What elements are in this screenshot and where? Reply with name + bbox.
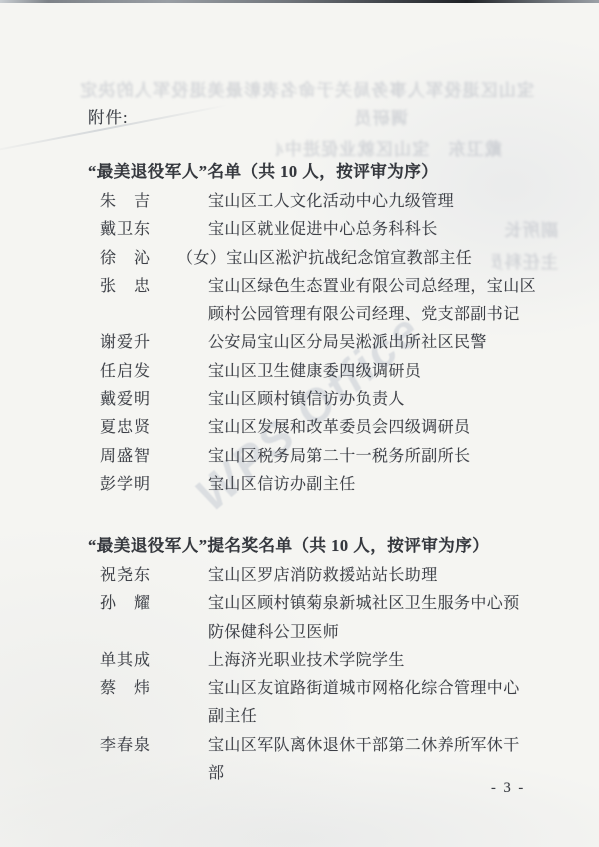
person-name: 任启发 [88,358,208,386]
list-entry: 祝尧东 宝山区罗店消防救援站站长助理 [88,562,558,590]
person-name: 蔡 炜 [88,675,208,703]
list-entry: 彭学明 宝山区信访办副主任 [88,471,558,499]
person-title: （女）宝山区淞沪抗战纪念馆宣教部主任 [208,245,558,273]
section-heading: “最美退役军人”提名奖名单（共 10 人，按评审为序） [88,534,558,558]
bleedthrough-text: 调研员 [336,104,408,129]
scanned-page: 宝山区退役军人事务局关于命名表彰最美退役军人的决定 调研员 戴卫东 宝山区就业促… [0,0,599,847]
person-name: 单其成 [88,647,208,675]
list-entry: 任启发 宝山区卫生健康委四级调研员 [88,358,558,386]
person-title: 宝山区工人文化活动中心九级管理 [208,188,558,216]
person-name: 张 忠 [88,273,208,301]
person-name: 戴爱明 [88,386,208,414]
person-name: 彭学明 [88,471,208,499]
person-title: 宝山区税务局第二十一税务所副所长 [208,443,558,471]
list-entry: 蔡 炜 宝山区友谊路街道城市网格化综合管理中心副主任 [88,675,558,732]
person-title: 宝山区卫生健康委四级调研员 [208,358,558,386]
list-entry: 单其成 上海济光职业技术学院学生 [88,647,558,675]
nomination-list-section: “最美退役军人”提名奖名单（共 10 人，按评审为序） 祝尧东 宝山区罗店消防救… [88,534,558,788]
scan-edge-artifact [0,0,599,3]
person-title: 上海济光职业技术学院学生 [208,647,558,675]
person-name: 周盛智 [88,443,208,471]
list-entry: 徐 沁 （女）宝山区淞沪抗战纪念馆宣教部主任 [88,245,558,273]
person-title: 宝山区友谊路街道城市网格化综合管理中心副主任 [208,675,558,732]
person-name: 李春泉 [88,732,208,760]
list-entry: 戴卫东 宝山区就业促进中心总务科科长 [88,216,558,244]
person-title: 宝山区顾村镇菊泉新城社区卫生服务中心预防保健科公卫医师 [208,590,558,647]
list-entry: 戴爱明 宝山区顾村镇信访办负责人 [88,386,558,414]
person-name: 朱 吉 [88,188,208,216]
list-entry: 夏忠贤 宝山区发展和改革委员会四级调研员 [88,414,558,442]
list-entry: 李春泉 宝山区军队离休退休干部第二休养所军休干部 [88,732,558,789]
person-name: 祝尧东 [88,562,208,590]
bleedthrough-text: 宝山区退役军人事务局关于命名表彰最美退役军人的决定 [70,76,534,101]
person-name: 夏忠贤 [88,414,208,442]
list-entry: 孙 耀 宝山区顾村镇菊泉新城社区卫生服务中心预防保健科公卫医师 [88,590,558,647]
entries-list: 祝尧东 宝山区罗店消防救援站站长助理 孙 耀 宝山区顾村镇菊泉新城社区卫生服务中… [88,562,558,788]
gender-note: （女） [177,245,226,273]
person-name: 谢爱升 [88,329,208,357]
person-title: 公安局宝山区分局吴淞派出所社区民警 [208,329,558,357]
list-entry: 谢爱升 公安局宝山区分局吴淞派出所社区民警 [88,329,558,357]
person-title: 宝山区就业促进中心总务科科长 [208,216,558,244]
list-entry: 张 忠 宝山区绿色生态置业有限公司总经理，宝山区顾村公园管理有限公司经理、党支部… [88,273,558,330]
list-entry: 周盛智 宝山区税务局第二十一税务所副所长 [88,443,558,471]
person-title: 宝山区发展和改革委员会四级调研员 [208,414,558,442]
person-title: 宝山区罗店消防救援站站长助理 [208,562,558,590]
entries-list: 朱 吉 宝山区工人文化活动中心九级管理 戴卫东 宝山区就业促进中心总务科科长 徐… [88,188,558,499]
person-title: 宝山区信访办副主任 [208,471,558,499]
list-entry: 朱 吉 宝山区工人文化活动中心九级管理 [88,188,558,216]
person-name: 戴卫东 [88,216,208,244]
page-number: - 3 - [491,780,525,797]
person-name: 孙 耀 [88,590,208,618]
person-title: 宝山区顾村镇信访办负责人 [208,386,558,414]
attachment-label: 附件: [88,104,129,128]
person-title: 宝山区绿色生态置业有限公司总经理，宝山区顾村公园管理有限公司经理、党支部副书记 [208,273,558,330]
section-heading: “最美退役军人”名单（共 10 人，按评审为序） [88,160,558,184]
bleedthrough-text: 戴卫东 宝山区就业促进中心总务科 [276,135,502,160]
award-list-section: “最美退役军人”名单（共 10 人，按评审为序） 朱 吉 宝山区工人文化活动中心… [88,160,558,499]
